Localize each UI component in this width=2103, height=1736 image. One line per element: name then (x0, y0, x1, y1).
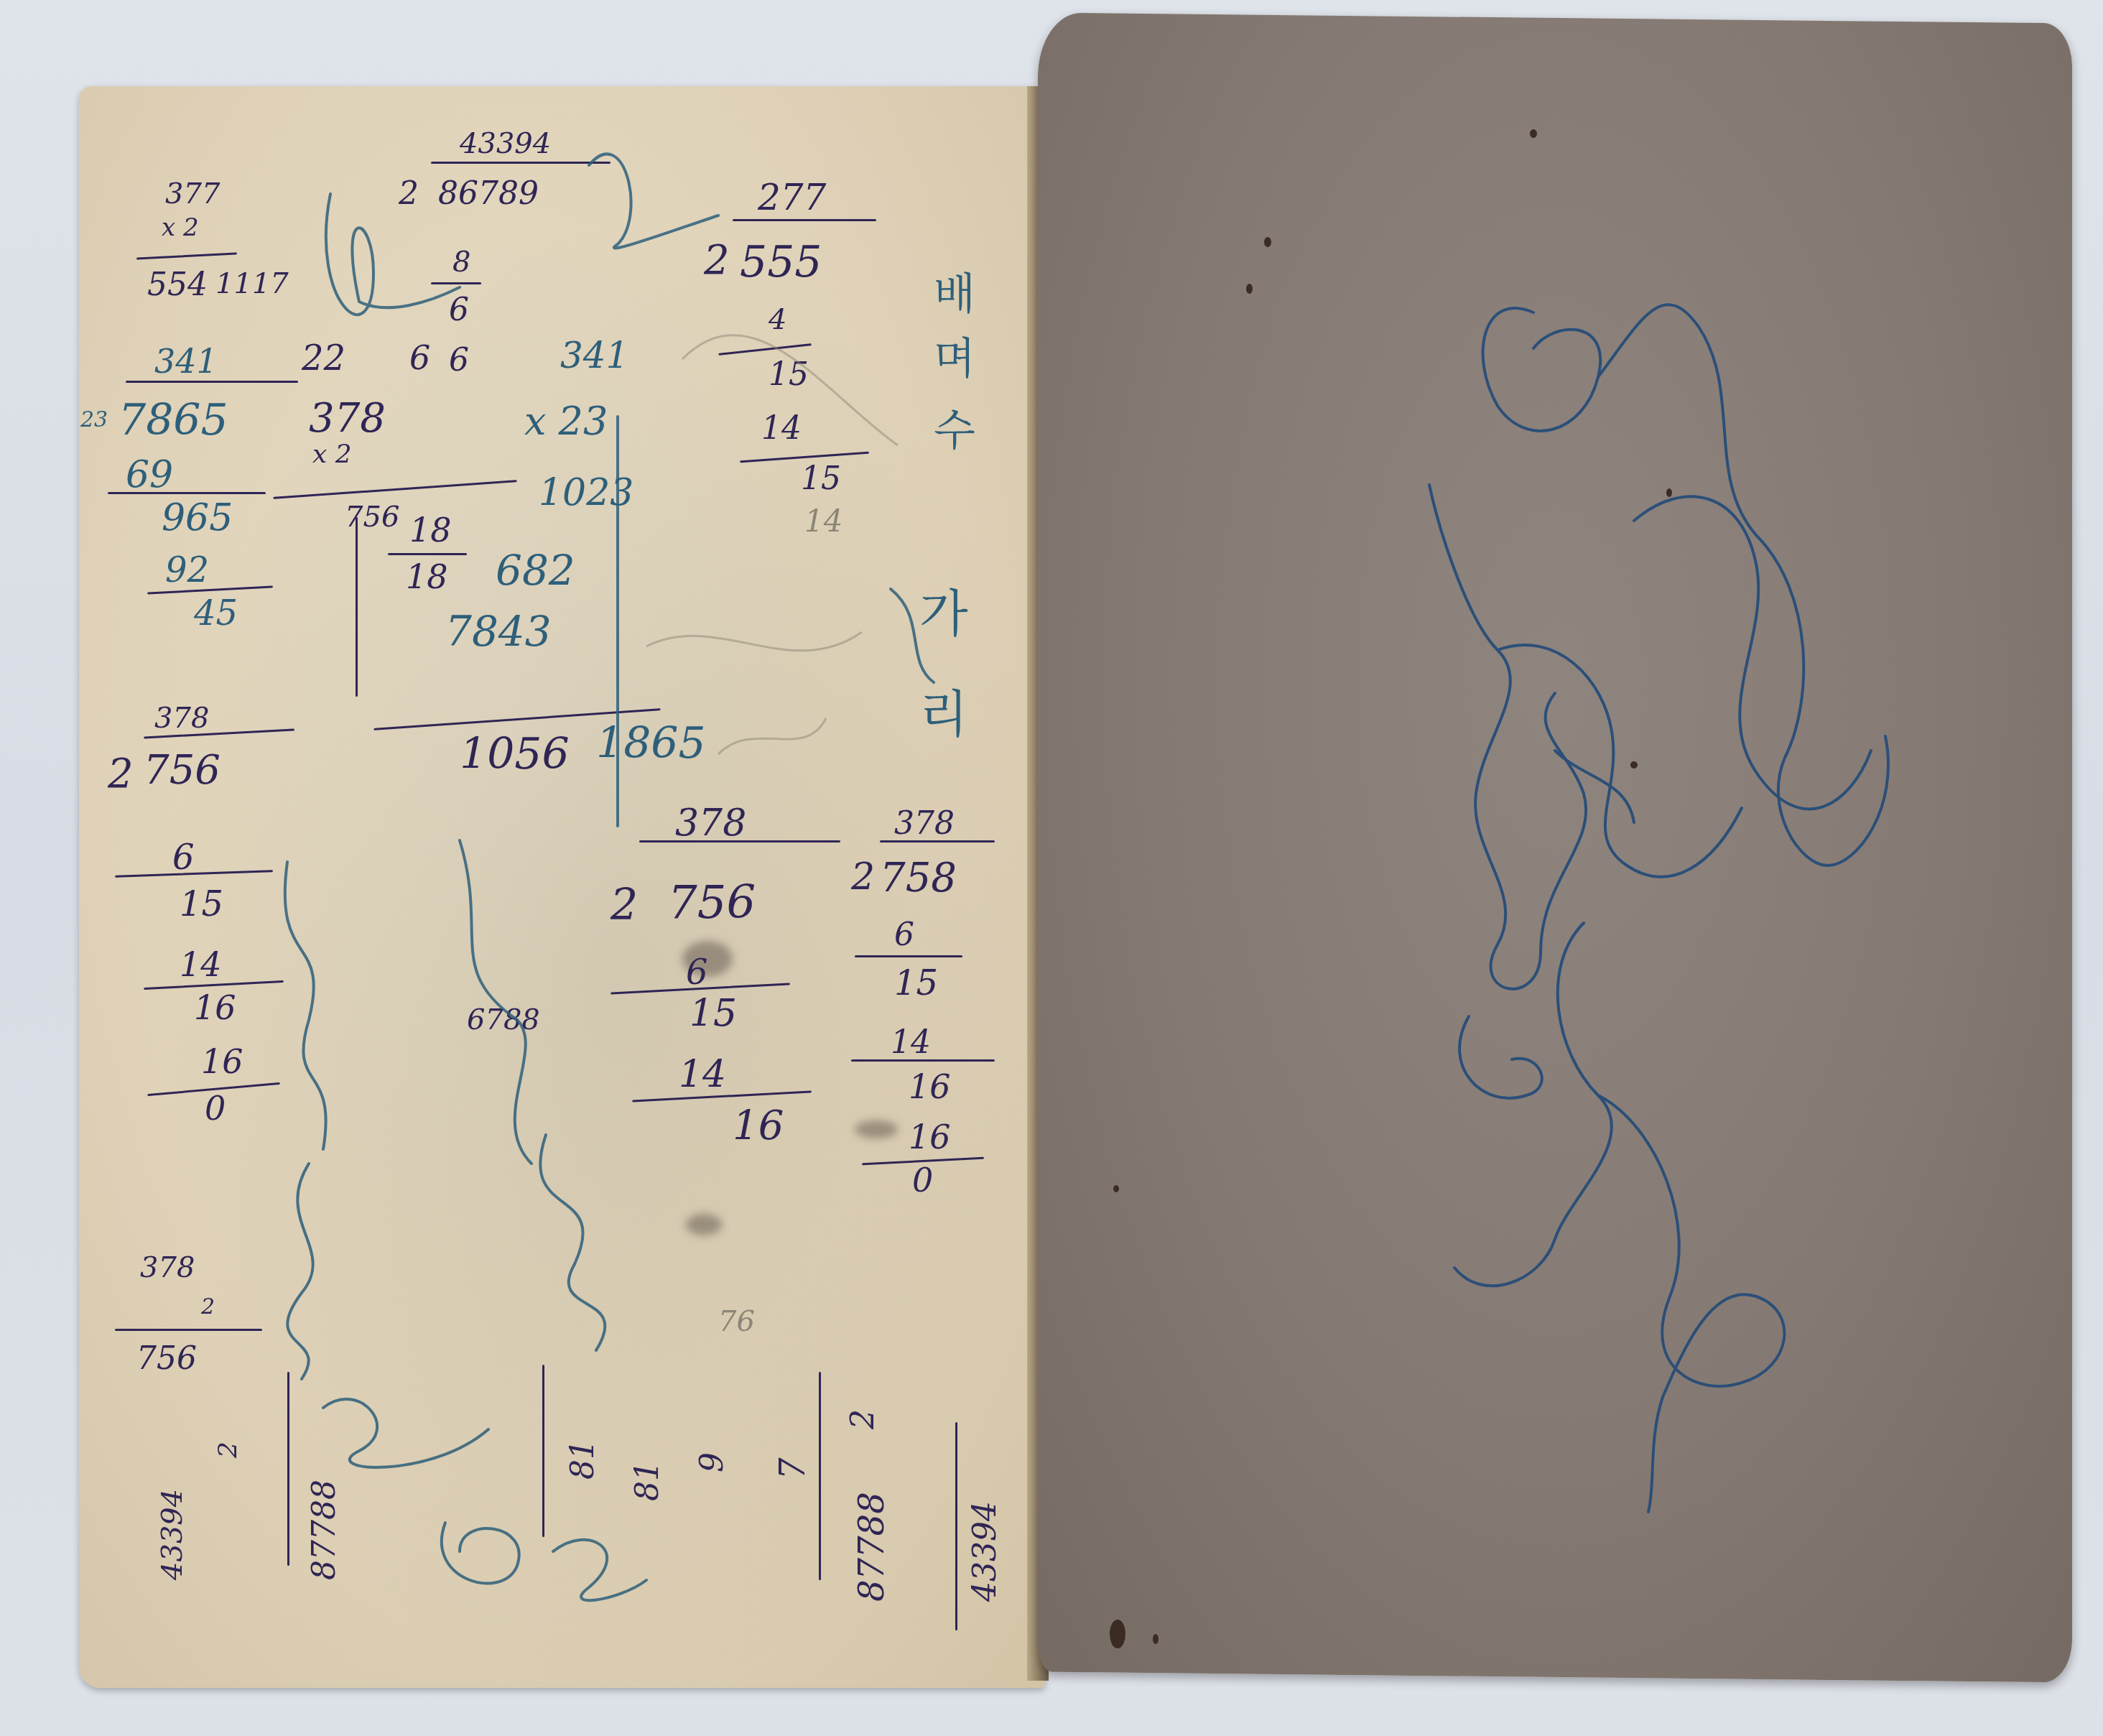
hw-2-rot: 2 (215, 1442, 241, 1458)
hw-dividend: 756 (144, 751, 220, 791)
hw-0: 0 (205, 1092, 226, 1125)
underline (388, 553, 467, 555)
hw-81b-rot: 81 (632, 1461, 664, 1501)
hw-6: 6 (894, 919, 914, 951)
hw-7843: 7843 (445, 611, 552, 652)
hw-682: 682 (496, 549, 575, 591)
hw-69: 69 (126, 456, 173, 493)
hw-378: 378 (675, 804, 746, 842)
hw-16: 16 (909, 1070, 951, 1103)
hw-16b: 16 (201, 1045, 243, 1078)
hw-6b: 6 (449, 345, 469, 376)
hw-divisor-2: 2 (399, 178, 419, 210)
hw-277: 277 (758, 180, 826, 215)
ink-smudge (855, 1120, 898, 1138)
hw-555: 555 (740, 241, 822, 284)
hw-378b: 378 (140, 1253, 195, 1282)
hw-3787: 378 (309, 399, 386, 439)
hw-x2: x 2 (162, 215, 199, 240)
hw-4: 4 (769, 305, 786, 334)
hw-341: 341 (154, 345, 218, 378)
hw-16b: 16 (909, 1120, 951, 1154)
hw-756: 756 (668, 880, 756, 926)
hw-348: 378 (154, 704, 209, 733)
hw-6788: 6788 (467, 1006, 540, 1034)
division-bar (431, 162, 611, 164)
underline (851, 1059, 995, 1062)
hw-8: 8 (452, 248, 470, 277)
hw-87788-rot: 87788 (309, 1480, 340, 1580)
hw-div2: 2 (851, 858, 875, 896)
hw-86789: 86789 (438, 178, 539, 210)
korean-char: 가 (919, 589, 968, 639)
underline (431, 282, 481, 284)
hw-div2: 2 (611, 883, 638, 927)
hw-756: 756 (345, 503, 399, 532)
hw-554: 554 (147, 269, 208, 301)
hw-14: 14 (891, 1027, 931, 1059)
hw-965: 965 (162, 499, 233, 537)
hw-1117: 1117 (215, 269, 289, 298)
hw-14: 14 (761, 413, 802, 445)
hw-7-rot: 7 (776, 1457, 810, 1480)
underline (108, 492, 266, 494)
division-bracket (955, 1422, 957, 1630)
hw-6: 6 (409, 341, 430, 374)
hw-divisor-2: 2 (704, 241, 730, 281)
hw-756b: 756 (136, 1343, 197, 1375)
division-bracket (287, 1372, 289, 1566)
division-bracket (542, 1365, 544, 1537)
hw-87788-rot2: 87788 (855, 1492, 889, 1602)
hw-45: 45 (194, 596, 238, 631)
hw-x23: x 23 (524, 402, 608, 441)
hw-7865: 7865 (119, 399, 228, 442)
hw-18: 18 (409, 514, 452, 547)
korean-char: 배 (934, 273, 975, 316)
hw-378r: 378 (894, 808, 955, 840)
korean-char: 리 (919, 690, 968, 740)
hw-22: 22 (302, 341, 345, 376)
hw-43394-rot2: 43394 (970, 1501, 1001, 1602)
hw-1865: 1865 (596, 722, 706, 765)
division-bar (880, 840, 995, 843)
hw-0: 0 (912, 1164, 933, 1197)
ink-smudge (686, 1214, 722, 1235)
korean-char: 수 (934, 409, 975, 452)
hw-81-rot: 81 (567, 1439, 599, 1480)
hw-23: 23 (80, 409, 108, 431)
division-bracket (819, 1372, 821, 1580)
hw-15: 15 (769, 359, 809, 391)
hw-div2: 2 (108, 754, 134, 794)
hw-15: 15 (690, 995, 737, 1032)
hw-758: 758 (880, 858, 957, 899)
division-bar (639, 840, 840, 843)
division-bracket (356, 517, 358, 697)
korean-char: 며 (934, 338, 975, 381)
hw-9-rot: 9 (697, 1452, 728, 1472)
underline (855, 955, 962, 957)
hw-341b: 341 (560, 338, 628, 373)
division-bar (126, 381, 298, 383)
hw-6: 6 (172, 840, 195, 875)
hw-6: 6 (449, 294, 469, 326)
hw-76-pencil: 76 (718, 1307, 755, 1336)
hw-15b: 15 (801, 463, 841, 495)
hw-377: 377 (165, 180, 220, 208)
hw-x2: x 2 (312, 442, 352, 468)
hw-92: 92 (165, 553, 209, 588)
hw-6: 6 (686, 955, 708, 990)
hw-2b: 2 (201, 1296, 215, 1318)
hw-2-rot2: 2 (848, 1409, 879, 1429)
hw-14: 14 (679, 1056, 726, 1093)
blue-pen-scribble (1038, 18, 2072, 1677)
hw-14: 14 (180, 948, 222, 981)
hw-18b: 18 (406, 560, 448, 593)
division-bar (733, 219, 876, 221)
hw-1023: 1023 (539, 474, 633, 511)
hw-43394-rot: 43394 (158, 1489, 187, 1580)
underline (115, 1329, 262, 1331)
hw-14-pencil: 14 (804, 506, 842, 537)
hw-15: 15 (180, 887, 223, 922)
hw-16: 16 (194, 991, 236, 1024)
hw-16: 16 (733, 1106, 784, 1146)
hw-1056: 1056 (460, 733, 570, 776)
hw-15: 15 (894, 966, 938, 1001)
hw-43394: 43394 (460, 129, 551, 158)
